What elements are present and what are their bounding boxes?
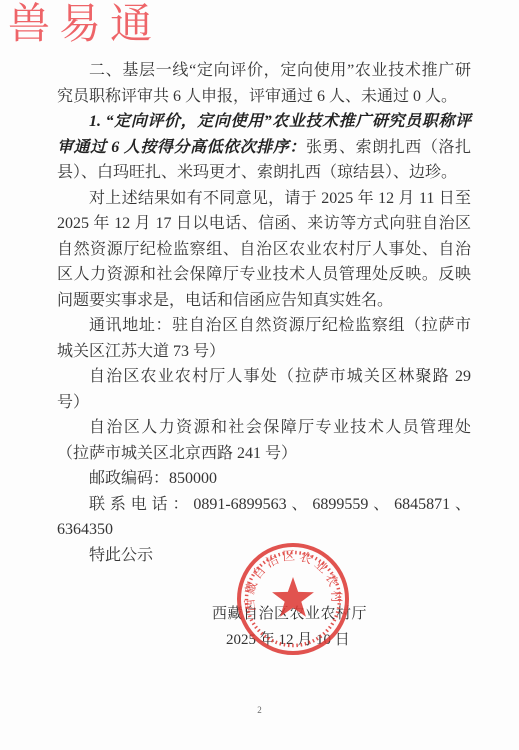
phone-line: 联系电话：0891-6899563、6899559、6845871、636435… bbox=[57, 492, 471, 543]
contact-address-2: 自治区农业农村厅人事处（拉萨市城关区林聚路 29 号） bbox=[57, 364, 471, 415]
watermark-logo-text: 兽易通 bbox=[8, 0, 161, 50]
contact-address-3: 自治区人力资源和社会保障厅专业技术人员管理处（拉萨市城关区北京西路 241 号） bbox=[57, 415, 471, 466]
paragraph-summary: 二、基层一线“定向评价，定向使用”农业技术推广研究员职称评审共 6 人申报，评审… bbox=[57, 58, 471, 109]
document-body: 二、基层一线“定向评价，定向使用”农业技术推广研究员职称评审共 6 人申报，评审… bbox=[57, 58, 471, 568]
page-number: 2 bbox=[0, 705, 519, 715]
star-icon bbox=[272, 577, 314, 617]
official-seal: 西藏自治区农业农村厅 bbox=[235, 541, 351, 657]
paragraph-objection: 对上述结果如有不同意见，请于 2025 年 12 月 11 日至 2025 年 … bbox=[57, 186, 471, 314]
paragraph-ranking: 1. “定向评价，定向使用”农业技术推广研究员职称评审通过 6 人按得分高低依次… bbox=[57, 109, 471, 186]
contact-address-1: 通讯地址：驻自治区自然资源厅纪检监察组（拉萨市城关区江苏大道 73 号） bbox=[57, 313, 471, 364]
document-page: 兽易通 二、基层一线“定向评价，定向使用”农业技术推广研究员职称评审共 6 人申… bbox=[0, 0, 519, 750]
postal-code-line: 邮政编码：850000 bbox=[57, 466, 471, 492]
